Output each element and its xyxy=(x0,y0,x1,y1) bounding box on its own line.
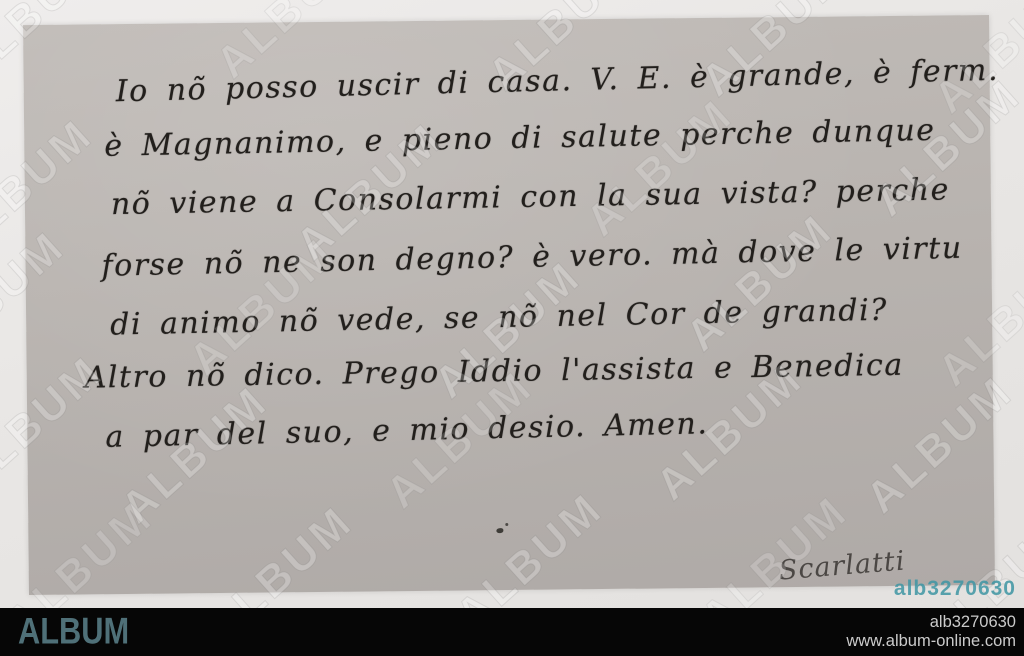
letter-line: è Magnanimo, e pieno di salute perche du… xyxy=(104,113,936,164)
letter-line: nõ viene a Consolarmi con la sua vista? … xyxy=(111,172,950,222)
signature: Scarlatti xyxy=(778,545,907,586)
website-url: www.album-online.com xyxy=(846,632,1016,651)
ink-speck xyxy=(505,523,508,526)
image-id: alb3270630 xyxy=(846,613,1016,632)
image-id-overlay: alb3270630 xyxy=(894,577,1016,601)
footer-bar: ALBUM alb3270630 www.album-online.com xyxy=(0,608,1024,656)
manuscript-photo: Io nõ posso uscir di casa. V. E. è grand… xyxy=(0,0,1024,608)
letter-line: Altro nõ dico. Prego Iddio l'assista e B… xyxy=(84,348,904,396)
image-credit: alb3270630 www.album-online.com xyxy=(846,613,1016,651)
letter-line: di animo nõ vede, se nõ nel Cor de grand… xyxy=(110,293,888,343)
letter-line: Io nõ posso uscir di casa. V. E. è grand… xyxy=(115,53,999,110)
ink-speck xyxy=(496,528,503,533)
letter-paper: Io nõ posso uscir di casa. V. E. è grand… xyxy=(23,15,995,595)
letter-line: a par del suo, e mio desio. Amen. xyxy=(105,406,709,455)
letter-line: forse nõ ne son degno? è vero. mà dove l… xyxy=(101,231,963,284)
album-logo: ALBUM xyxy=(18,611,129,653)
